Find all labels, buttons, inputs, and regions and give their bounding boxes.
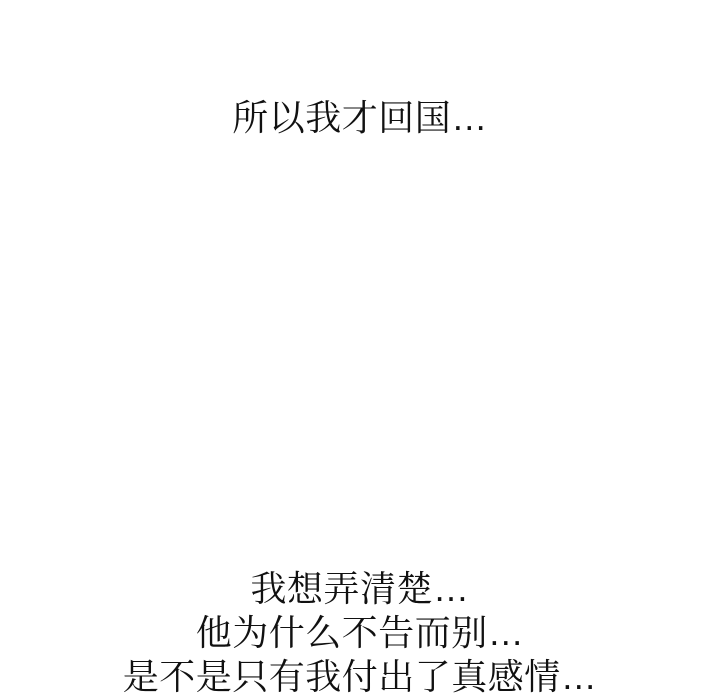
narration-line-2: 他为什么不告而别… — [0, 611, 720, 655]
narration-line-3: 是不是只有我付出了真感情… — [0, 655, 720, 699]
comic-page: 所以我才回国… 我想弄清楚… 他为什么不告而别… 是不是只有我付出了真感情… — [0, 0, 720, 700]
narration-line-1: 我想弄清楚… — [0, 567, 720, 611]
narration-text-top: 所以我才回国… — [0, 96, 720, 140]
narration-block-bottom: 我想弄清楚… 他为什么不告而别… 是不是只有我付出了真感情… — [0, 567, 720, 699]
